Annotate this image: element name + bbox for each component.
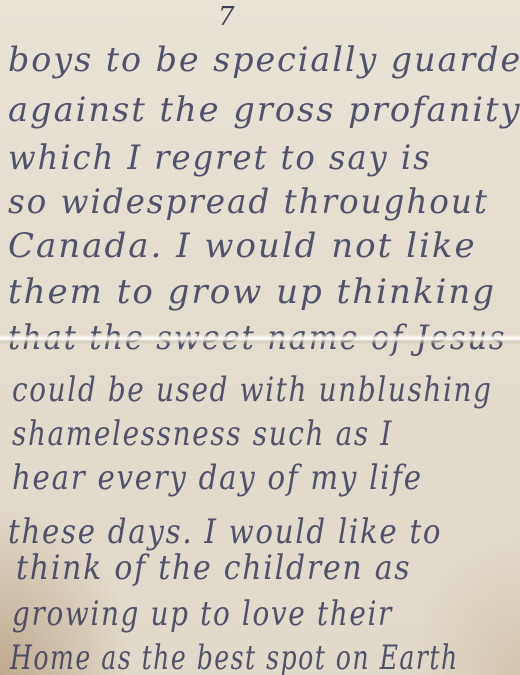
paper-fold-line (0, 334, 520, 344)
handwritten-line: shamelessness such as I (12, 414, 393, 454)
handwritten-line: against the gross profanity (8, 90, 520, 130)
letter-page: 7 boys to be specially guarded against t… (0, 0, 520, 675)
handwritten-line: could be used with unblushing (12, 370, 493, 410)
handwritten-line: hear every day of my life (12, 458, 423, 498)
page-number: 7 (218, 2, 235, 32)
handwritten-line: these days. I would like to (8, 512, 442, 552)
handwritten-line: Canada. I would not like (8, 226, 477, 266)
handwritten-line: which I regret to say is (8, 138, 432, 178)
handwritten-line: growing up to love their (12, 594, 393, 634)
handwritten-line: think of the children as (16, 548, 411, 588)
handwritten-line: Home as the best spot on Earth (10, 638, 459, 675)
handwritten-line: boys to be specially guarded (8, 40, 520, 80)
handwritten-line: so widespread throughout (8, 182, 489, 222)
handwritten-line: them to grow up thinking (8, 272, 496, 312)
